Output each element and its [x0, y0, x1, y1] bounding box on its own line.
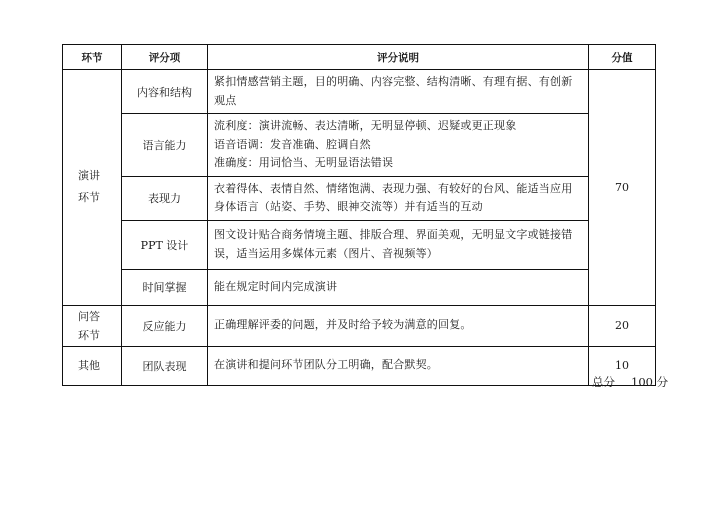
item-description: 图文设计贴合商务情境主题、排版合理、界面美观，无明显文字或链接错误，适当运用多媒…: [208, 220, 589, 269]
item-name: 内容和结构: [122, 70, 208, 114]
section-name-line: 问答: [78, 307, 121, 326]
section-name: 问答 环节: [63, 305, 122, 346]
description-line: 衣着得体、表情自然、情绪饱满、表现力强、有较好的台风、能适当应用身体语言（站姿、…: [214, 180, 582, 217]
header-section: 环节: [63, 45, 122, 70]
section-score: 70: [589, 70, 656, 306]
table-row: PPT 设计 图文设计贴合商务情境主题、排版合理、界面美观，无明显文字或链接错误…: [63, 220, 656, 269]
description-line: 在演讲和提问环节团队分工明确，配合默契。: [214, 356, 582, 375]
item-name: 反应能力: [122, 305, 208, 346]
description-line: 语音语调：发音准确、腔调自然: [214, 136, 582, 155]
item-description: 正确理解评委的问题，并及时给予较为满意的回复。: [208, 305, 589, 346]
section-name: 演讲 环节: [63, 70, 122, 306]
section-name-line: 环节: [78, 326, 121, 345]
total-label: 总分: [592, 375, 615, 389]
item-name: 团队表现: [122, 346, 208, 385]
description-line: 准确度：用词恰当、无明显语法错误: [214, 154, 582, 173]
item-name: 语言能力: [122, 114, 208, 177]
table-row: 语言能力 流利度：演讲流畅、表达清晰，无明显停顿、迟疑或更正现象 语音语调：发音…: [63, 114, 656, 177]
description-line: 图文设计贴合商务情境主题、排版合理、界面美观，无明显文字或链接错误，适当运用多媒…: [214, 226, 582, 263]
description-line: 正确理解评委的问题，并及时给予较为满意的回复。: [214, 316, 582, 335]
total-score: 总分100 分: [592, 374, 668, 390]
item-description: 在演讲和提问环节团队分工明确，配合默契。: [208, 346, 589, 385]
item-description: 流利度：演讲流畅、表达清晰，无明显停顿、迟疑或更正现象 语音语调：发音准确、腔调…: [208, 114, 589, 177]
total-value: 100 分: [631, 375, 668, 389]
table-row: 表现力 衣着得体、表情自然、情绪饱满、表现力强、有较好的台风、能适当应用身体语言…: [63, 176, 656, 220]
table-row: 其他 团队表现 在演讲和提问环节团队分工明确，配合默契。 10: [63, 346, 656, 385]
item-name: 时间掌握: [122, 269, 208, 305]
description-line: 紧扣情感营销主题，目的明确、内容完整、结构清晰、有理有据、有创新观点: [214, 73, 582, 110]
item-description: 衣着得体、表情自然、情绪饱满、表现力强、有较好的台风、能适当应用身体语言（站姿、…: [208, 176, 589, 220]
item-description: 紧扣情感营销主题，目的明确、内容完整、结构清晰、有理有据、有创新观点: [208, 70, 589, 114]
scoring-rubric-table: 环节 评分项 评分说明 分值 演讲 环节 内容和结构 紧扣情感营销主题，目的明确…: [62, 44, 656, 386]
header-item: 评分项: [122, 45, 208, 70]
item-name: PPT 设计: [122, 220, 208, 269]
section-score: 20: [589, 305, 656, 346]
description-line: 流利度：演讲流畅、表达清晰，无明显停顿、迟疑或更正现象: [214, 117, 582, 136]
header-description: 评分说明: [208, 45, 589, 70]
table-row: 演讲 环节 内容和结构 紧扣情感营销主题，目的明确、内容完整、结构清晰、有理有据…: [63, 70, 656, 114]
description-line: 能在规定时间内完成演讲: [214, 278, 582, 297]
table-row: 时间掌握 能在规定时间内完成演讲: [63, 269, 656, 305]
header-score: 分值: [589, 45, 656, 70]
section-name-line: 其他: [78, 355, 121, 377]
section-name-line: 环节: [78, 187, 121, 209]
table-row: 问答 环节 反应能力 正确理解评委的问题，并及时给予较为满意的回复。 20: [63, 305, 656, 346]
section-name: 其他: [63, 346, 122, 385]
section-name-line: 演讲: [78, 165, 121, 187]
item-name: 表现力: [122, 176, 208, 220]
item-description: 能在规定时间内完成演讲: [208, 269, 589, 305]
header-row: 环节 评分项 评分说明 分值: [63, 45, 656, 70]
